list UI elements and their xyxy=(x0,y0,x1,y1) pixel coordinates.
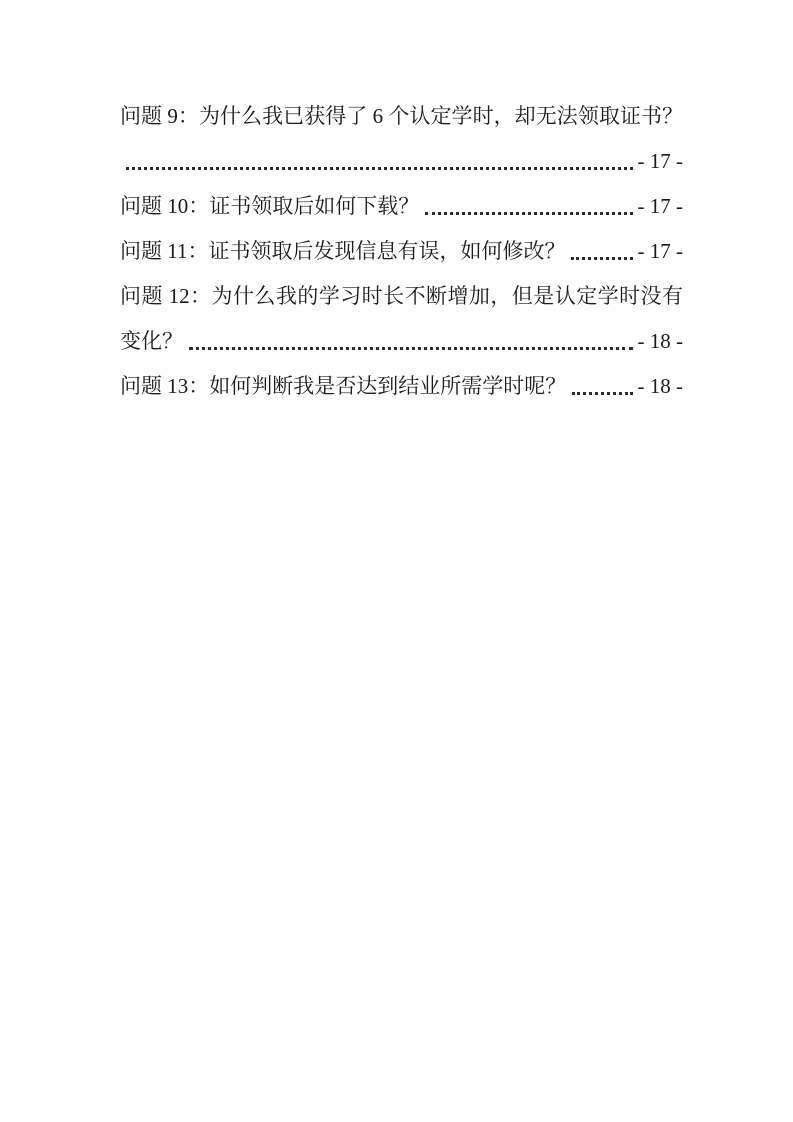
dot-leader xyxy=(126,167,633,170)
toc-entry-title-text: 问题 10：证书领取后如何下载？ xyxy=(120,184,419,229)
page-number: - 18 - xyxy=(638,319,684,364)
page-number: - 18 - xyxy=(638,364,684,409)
toc-entry-title-text: 变化？ xyxy=(120,319,183,364)
toc-entry-question-10[interactable]: 问题 10：证书领取后如何下载？- 17 - xyxy=(120,184,683,229)
dot-leader xyxy=(572,392,632,395)
dot-leader xyxy=(425,212,632,215)
page-number: - 17 - xyxy=(638,184,684,229)
toc-entry-leader-line: 问题 10：证书领取后如何下载？- 17 - xyxy=(120,184,683,229)
toc-entry-title-line: 问题 9：为什么我已获得了 6 个认定学时，却无法领取证书？ xyxy=(120,94,683,139)
toc-entry-title-text: 问题 13：如何判断我是否达到结业所需学时呢？ xyxy=(120,364,566,409)
toc-entry-question-11[interactable]: 问题 11：证书领取后发现信息有误，如何修改？- 17 - xyxy=(120,229,683,274)
toc-entry-leader-line: 变化？- 18 - xyxy=(120,319,683,364)
toc-entry-leader-line: 问题 13：如何判断我是否达到结业所需学时呢？- 18 - xyxy=(120,364,683,409)
toc-entry-leader-line: - 17 - xyxy=(120,139,683,184)
toc-entry-title-text: 问题 11：证书领取后发现信息有误，如何修改？ xyxy=(120,229,565,274)
table-of-contents: 问题 9：为什么我已获得了 6 个认定学时，却无法领取证书？- 17 -问题 1… xyxy=(120,94,683,409)
document-page: 问题 9：为什么我已获得了 6 个认定学时，却无法领取证书？- 17 -问题 1… xyxy=(0,0,793,1122)
dot-leader xyxy=(571,257,632,260)
page-number: - 17 - xyxy=(638,139,684,184)
toc-entry-question-12[interactable]: 问题 12：为什么我的学习时长不断增加，但是认定学时没有变化？- 18 - xyxy=(120,274,683,364)
toc-entry-leader-line: 问题 11：证书领取后发现信息有误，如何修改？- 17 - xyxy=(120,229,683,274)
toc-entry-question-9[interactable]: 问题 9：为什么我已获得了 6 个认定学时，却无法领取证书？- 17 - xyxy=(120,94,683,184)
dot-leader xyxy=(189,347,633,350)
page-number: - 17 - xyxy=(638,229,684,274)
toc-entry-question-13[interactable]: 问题 13：如何判断我是否达到结业所需学时呢？- 18 - xyxy=(120,364,683,409)
toc-entry-title-line: 问题 12：为什么我的学习时长不断增加，但是认定学时没有 xyxy=(120,274,683,319)
